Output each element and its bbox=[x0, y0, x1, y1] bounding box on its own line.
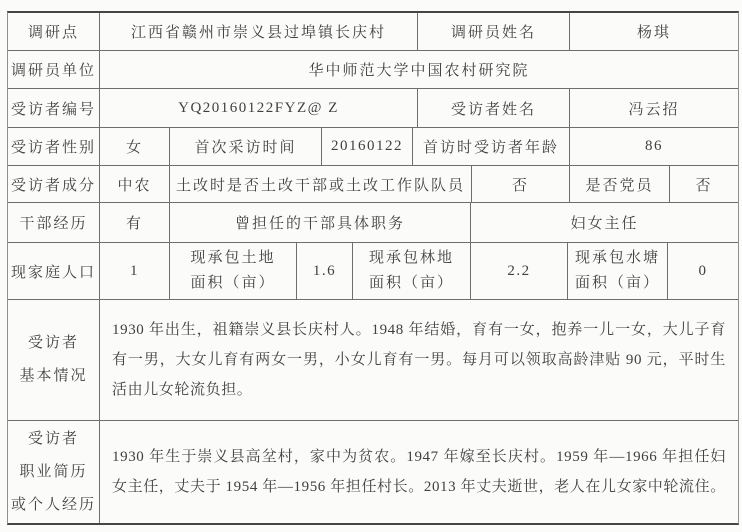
respondent-gender-value: 女 bbox=[100, 128, 170, 165]
scanned-survey-page: { "page": { "paper_color": "#fbfbf9", "g… bbox=[0, 0, 742, 532]
respondent-name-label: 受访者姓名 bbox=[418, 89, 570, 127]
basic-info-label: 受访者 基本情况 bbox=[8, 300, 100, 420]
table-row-career-history: 受访者 职业简历 或个人经历 1930 年生于崇义县高坌村，家中为贫农。1947… bbox=[8, 421, 738, 523]
respondent-gender-label: 受访者性别 bbox=[8, 128, 100, 165]
table-row-investigator-org: 调研员单位 华中师范大学中国农村研究院 bbox=[8, 51, 738, 89]
table-row-household-land: 现家庭人口 1 现承包土地 面积（亩） 1.6 现承包林地 面积（亩） 2.2 … bbox=[8, 243, 738, 300]
respondent-name-value: 冯云招 bbox=[570, 89, 738, 127]
land-reform-cadre-question: 土改时是否土改干部或土改工作队队员 bbox=[170, 166, 472, 202]
table-row-survey-site: 调研点 江西省赣州市崇义县过埠镇长庆村 调研员姓名 杨琪 bbox=[8, 13, 738, 51]
survey-site-label: 调研点 bbox=[8, 13, 100, 50]
survey-form-table: 调研点 江西省赣州市崇义县过埠镇长庆村 调研员姓名 杨琪 调研员单位 华中师范大… bbox=[7, 11, 739, 525]
household-size-value: 1 bbox=[100, 243, 170, 299]
first-interview-date-label: 首次采访时间 bbox=[170, 128, 322, 165]
respondent-id-label: 受访者编号 bbox=[8, 89, 100, 127]
contracted-pond-value: 0 bbox=[668, 243, 738, 299]
career-history-text: 1930 年生于崇义县高坌村，家中为贫农。1947 年嫁至长庆村。1959 年—… bbox=[112, 442, 726, 502]
cadre-position-label: 曾担任的干部具体职务 bbox=[170, 203, 471, 242]
table-row-gender-interview-age: 受访者性别 女 首次采访时间 20160122 首访时受访者年龄 86 bbox=[8, 128, 738, 166]
respondent-class-label: 受访者成分 bbox=[8, 166, 100, 202]
cadre-experience-answer: 有 bbox=[100, 203, 170, 242]
contracted-farmland-label: 现承包土地 面积（亩） bbox=[170, 243, 297, 299]
age-at-first-visit-value: 86 bbox=[570, 128, 738, 165]
investigator-org-value: 华中师范大学中国农村研究院 bbox=[100, 51, 738, 88]
respondent-id-value: YQ20160122FYZ@ Z bbox=[100, 89, 418, 127]
party-member-label: 是否党员 bbox=[570, 166, 670, 202]
cadre-position-value: 妇女主任 bbox=[471, 203, 738, 242]
survey-site-value: 江西省赣州市崇义县过埠镇长庆村 bbox=[100, 13, 418, 50]
contracted-pond-label: 现承包水塘 面积（亩） bbox=[568, 243, 668, 299]
investigator-org-label: 调研员单位 bbox=[8, 51, 100, 88]
basic-info-text: 1930 年出生，祖籍崇义县长庆村人。1948 年结婚，育有一女，抱养一儿一女，… bbox=[112, 315, 726, 405]
contracted-farmland-value: 1.6 bbox=[297, 243, 353, 299]
contracted-forest-value: 2.2 bbox=[471, 243, 568, 299]
age-at-first-visit-label: 首访时受访者年龄 bbox=[413, 128, 570, 165]
household-size-label: 现家庭人口 bbox=[8, 243, 100, 299]
land-reform-cadre-answer: 否 bbox=[472, 166, 570, 202]
investigator-name-value: 杨琪 bbox=[570, 13, 738, 50]
contracted-forest-label: 现承包林地 面积（亩） bbox=[353, 243, 471, 299]
table-row-class-landreform-party: 受访者成分 中农 土改时是否土改干部或土改工作队队员 否 是否党员 否 bbox=[8, 166, 738, 203]
table-row-basic-info: 受访者 基本情况 1930 年出生，祖籍崇义县长庆村人。1948 年结婚，育有一… bbox=[8, 300, 738, 421]
cadre-experience-label: 干部经历 bbox=[8, 203, 100, 242]
table-row-cadre-experience: 干部经历 有 曾担任的干部具体职务 妇女主任 bbox=[8, 203, 738, 243]
basic-info-cell: 1930 年出生，祖籍崇义县长庆村人。1948 年结婚，育有一女，抱养一儿一女，… bbox=[100, 300, 738, 420]
career-history-label: 受访者 职业简历 或个人经历 bbox=[8, 421, 100, 523]
investigator-name-label: 调研员姓名 bbox=[418, 13, 570, 50]
table-row-respondent-id: 受访者编号 YQ20160122FYZ@ Z 受访者姓名 冯云招 bbox=[8, 89, 738, 128]
career-history-cell: 1930 年生于崇义县高坌村，家中为贫农。1947 年嫁至长庆村。1959 年—… bbox=[100, 421, 738, 523]
respondent-class-value: 中农 bbox=[100, 166, 170, 202]
party-member-answer: 否 bbox=[670, 166, 738, 202]
first-interview-date-value: 20160122 bbox=[322, 128, 413, 165]
